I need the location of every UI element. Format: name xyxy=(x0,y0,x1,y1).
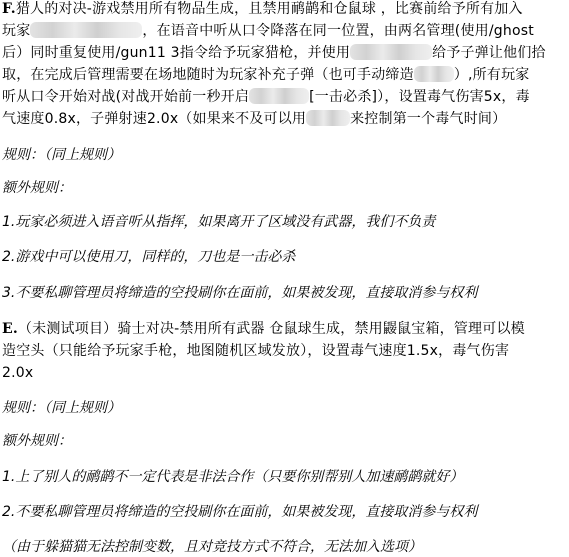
section-f-extra-rule-1: 1.玩家必须进入语音听从指挥，如果离开了区域没有武器，我们不负责 xyxy=(2,212,435,232)
section-f-line-1: F.猎人的对决-游戏禁用所有物品生成，且禁用鸸鹋和仓鼠球 ，比赛前给予所有加入 xyxy=(2,0,568,20)
section-f-body: F.猎人的对决-游戏禁用所有物品生成，且禁用鸸鹋和仓鼠球 ，比赛前给予所有加入 … xyxy=(2,0,568,130)
section-e-label: E. xyxy=(2,321,18,337)
redacted-block xyxy=(30,22,142,38)
section-f-extra-title: 额外规则： xyxy=(2,178,72,198)
section-f-line-2: 玩家，在语音中听从口令降落在同一位置，由两名管理(使用/ghost xyxy=(2,20,568,42)
redacted-block xyxy=(306,110,350,126)
section-e-line-1: E.（未测试项目）骑士对决-禁用所有武器 仓鼠球生成，禁用鼹鼠宝箱，管理可以模 xyxy=(2,318,568,340)
section-e-line-2: 造空头（只能给予玩家手枪，地图随机区域发放），设置毒气速度1.5x，毒气伤害 xyxy=(2,340,568,362)
section-e-note: （由于躲猫猫无法控制变数，且对竞技方式不符合，无法加入选项） xyxy=(2,537,422,557)
section-e-extra-rule-1: 1.上了别人的鸸鹋不一定代表是非法合作（只要你别帮别人加速鸸鹋就好） xyxy=(2,467,463,487)
section-f-line-3: 后）同时重复使用/gun11 3指令给予玩家猎枪，并使用给予子弹让他们拾 xyxy=(2,42,568,64)
section-f-label: F. xyxy=(2,1,16,17)
section-f-line-6: 气速度0.8x，子弹射速2.0x（如果来不及可以用来控制第一个毒气时间） xyxy=(2,108,568,130)
section-e-line-3: 2.0x xyxy=(2,362,568,384)
section-f-rules: 规则：（同上规则） xyxy=(2,145,121,165)
redacted-block xyxy=(249,88,309,104)
section-f-extra-rule-3: 3.不要私聊管理员将缔造的空投刷你在面前，如果被发现，直接取消参与权利 xyxy=(2,283,477,303)
redacted-block xyxy=(414,66,454,82)
section-e-body: E.（未测试项目）骑士对决-禁用所有武器 仓鼠球生成，禁用鼹鼠宝箱，管理可以模 … xyxy=(2,318,568,384)
section-f-line-5: 听从口令开始对战(对战开始前一秒开启[一击必杀]），设置毒气伤害5x，毒 xyxy=(2,86,568,108)
section-e-extra-rule-2: 2.不要私聊管理员将缔造的空投刷你在面前，如果被发现，直接取消参与权利 xyxy=(2,502,477,522)
section-f-extra-rule-2: 2.游戏中可以使用刀，同样的，刀也是一击必杀 xyxy=(2,247,295,267)
section-f-line-4: 取，在完成后管理需要在场地随时为玩家补充子弹（也可手动缔造）,所有玩家 xyxy=(2,64,568,86)
redacted-block xyxy=(350,44,432,60)
section-e-extra-title: 额外规则： xyxy=(2,431,72,451)
section-e-rules: 规则：（同上规则） xyxy=(2,398,121,418)
